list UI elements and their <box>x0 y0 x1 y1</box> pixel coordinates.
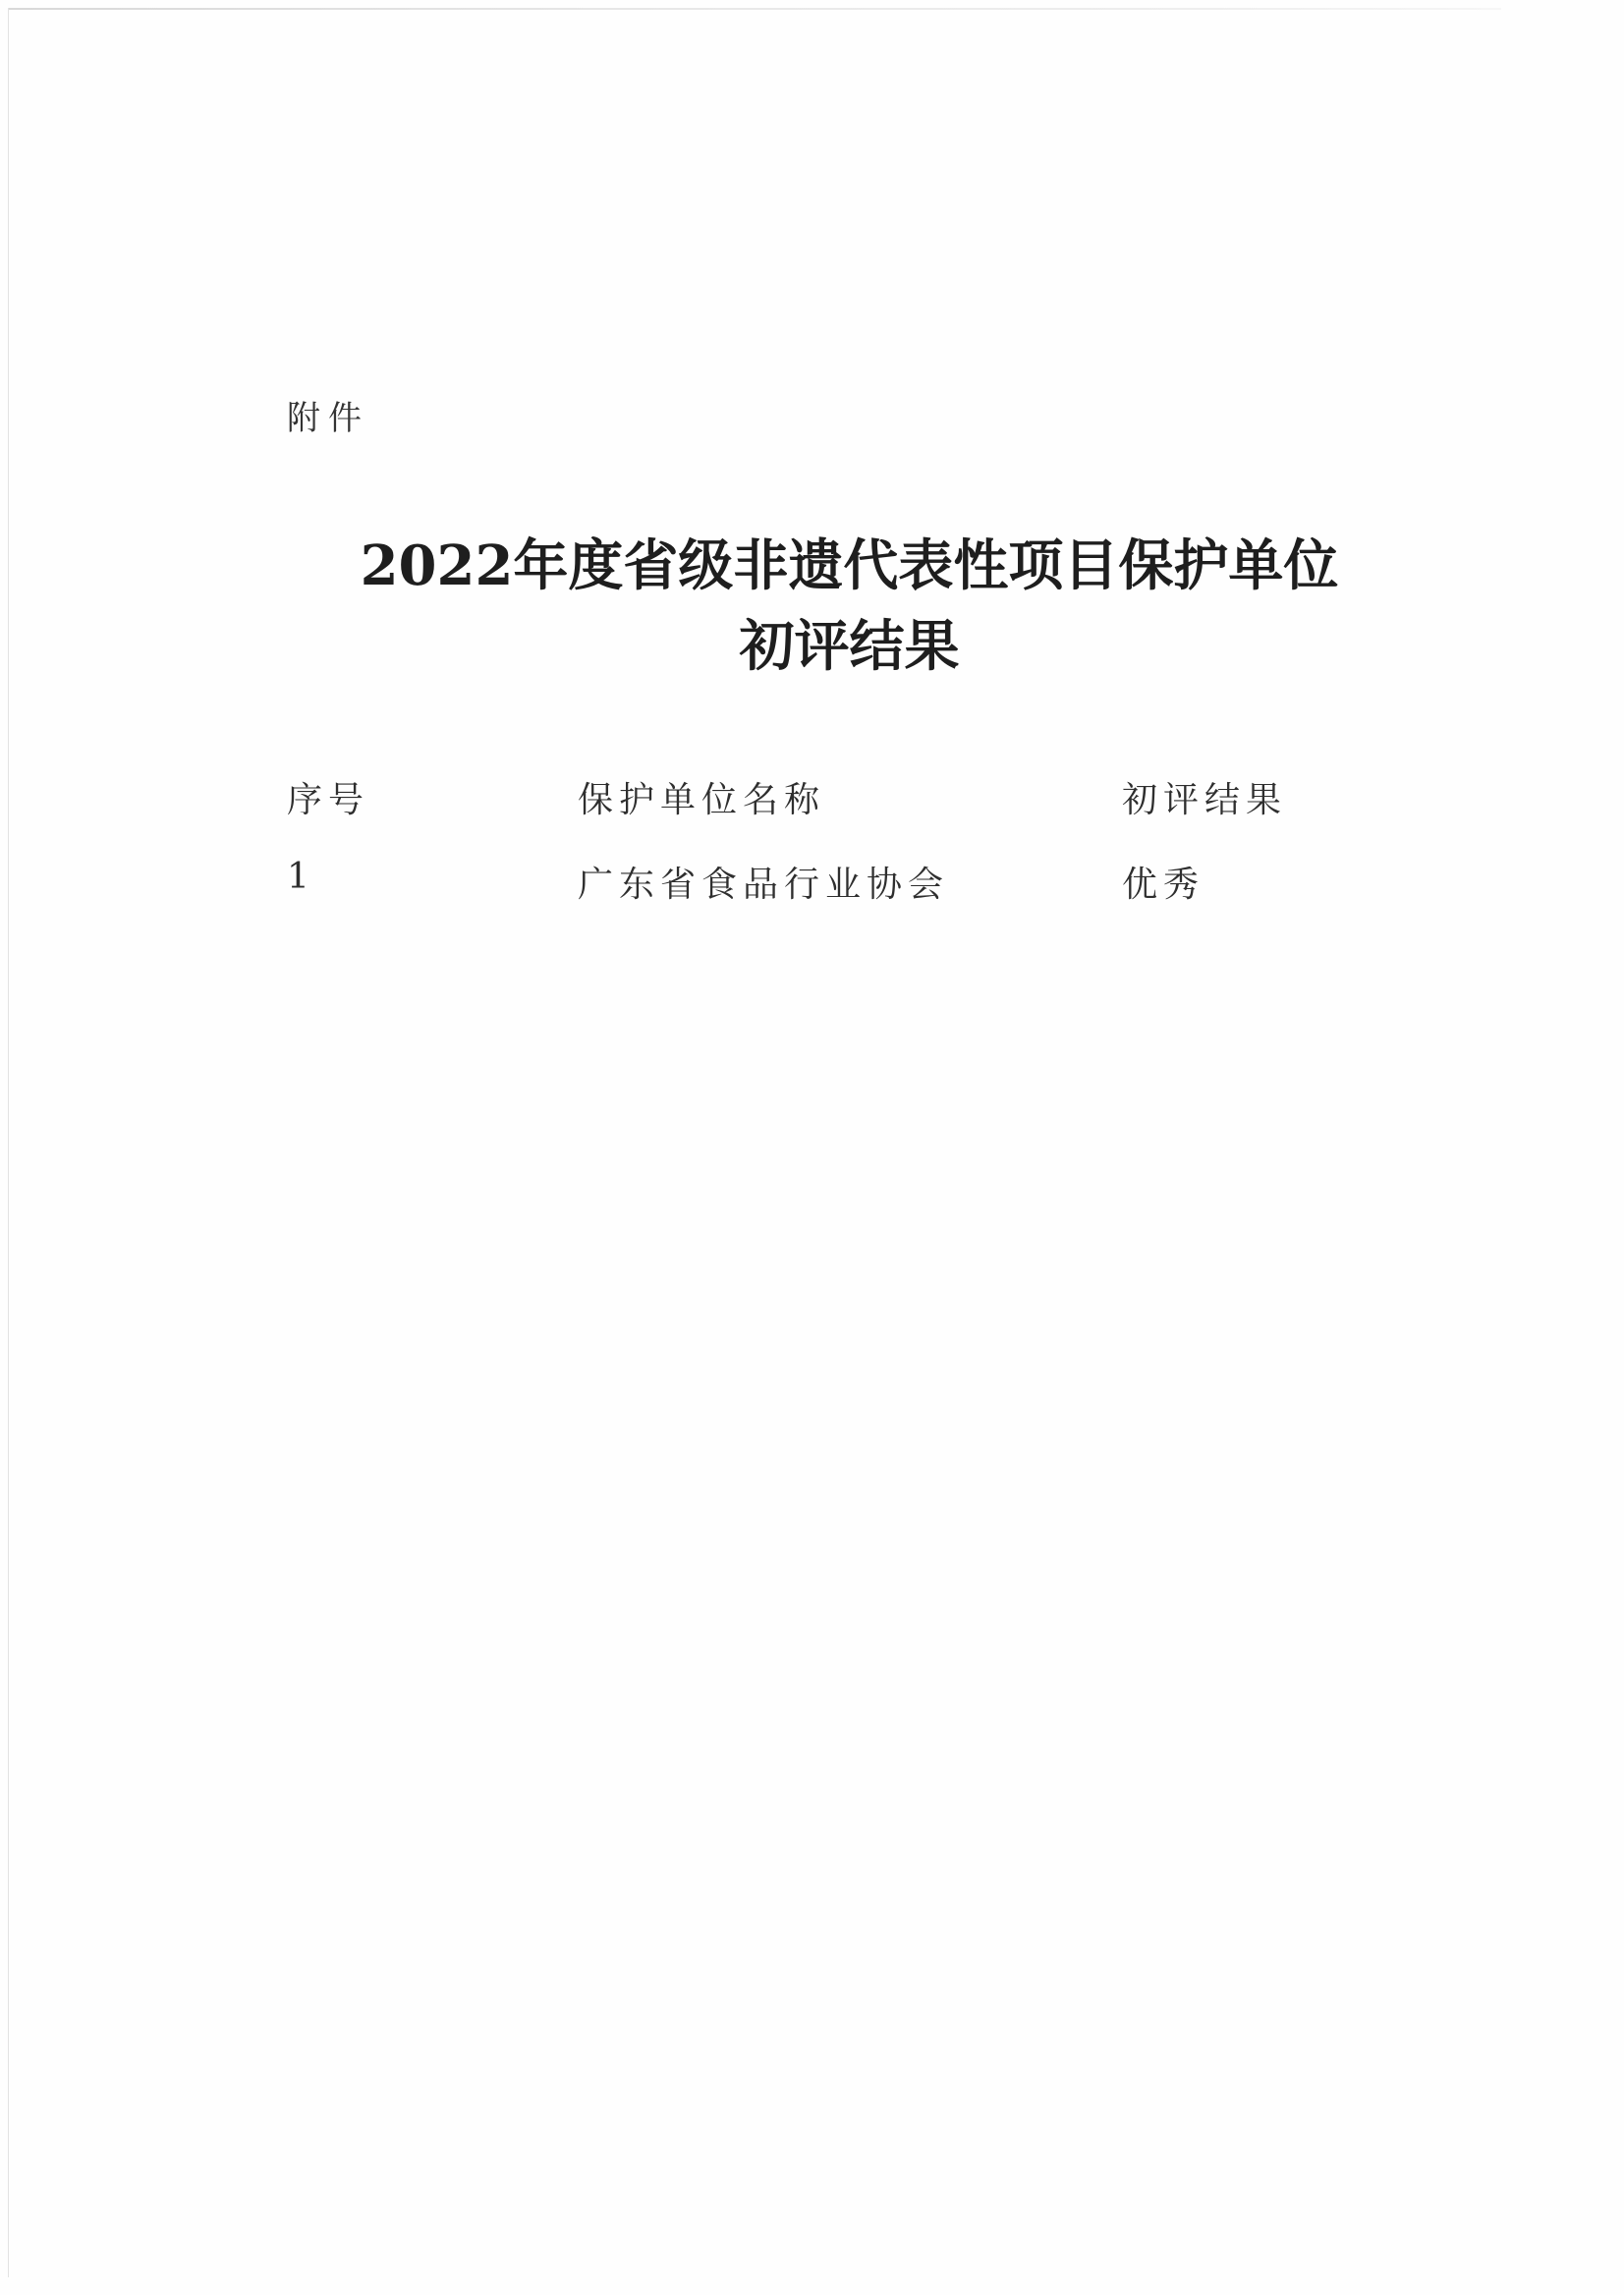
results-table: 序号 保护单位名称 初评结果 1 广东省食品行业协会 优秀 <box>287 772 1368 941</box>
document-title-line-2: 初评结果 <box>37 619 1624 674</box>
row-result: 优秀 <box>1122 857 1204 907</box>
document-page: 附件 2022年度省级非遗代表性项目保护单位 初评结果 序号 保护单位名称 初评… <box>0 0 1624 2295</box>
header-index: 序号 <box>287 772 369 822</box>
row-index: 1 <box>287 857 309 897</box>
header-unit-name: 保护单位名称 <box>578 772 825 822</box>
scan-edge-left <box>8 8 9 2277</box>
scan-edge-top <box>8 8 1501 10</box>
table-header-row: 序号 保护单位名称 初评结果 <box>287 772 1368 857</box>
row-unit-name: 广东省食品行业协会 <box>578 857 949 907</box>
table-row: 1 广东省食品行业协会 优秀 <box>287 857 1368 941</box>
attachment-label: 附件 <box>287 391 369 439</box>
header-result: 初评结果 <box>1122 772 1287 822</box>
document-title-line-1: 2022年度省级非遗代表性项目保护单位 <box>37 538 1624 593</box>
